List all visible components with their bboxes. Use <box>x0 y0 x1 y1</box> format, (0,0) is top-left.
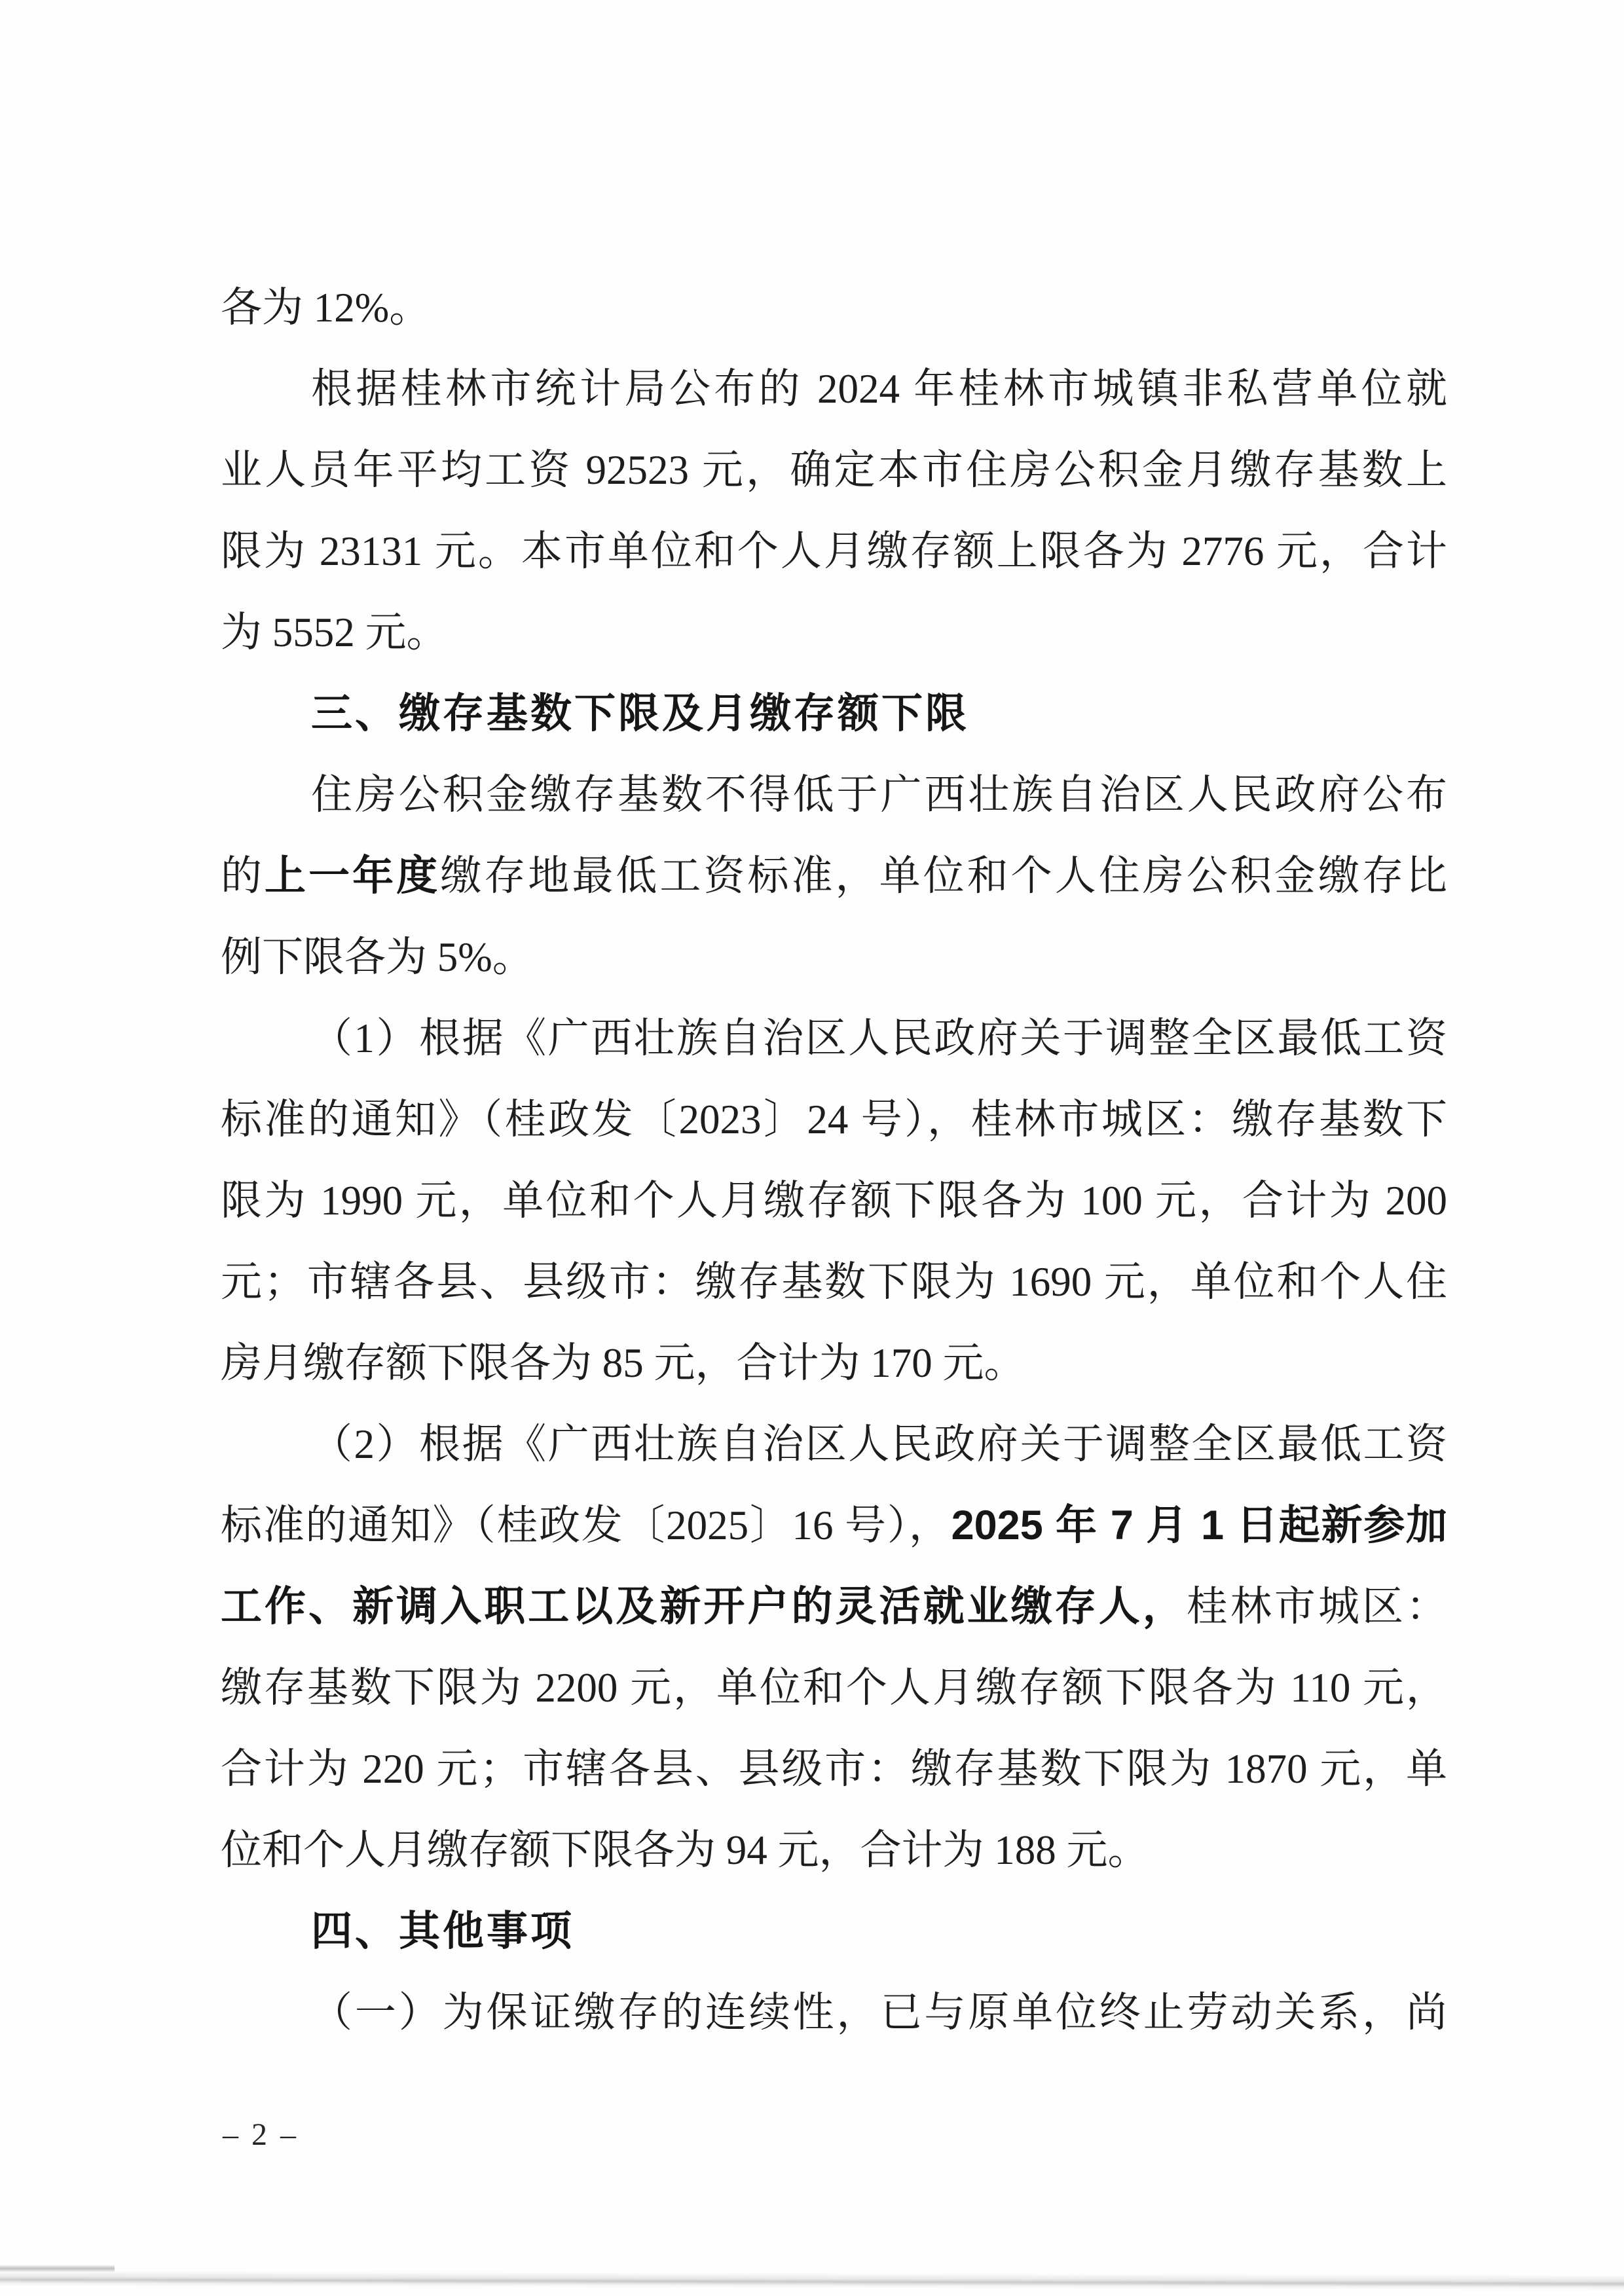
document-line: 合计为 220 元；市辖各县、县级市：缴存基数下限为 1870 元，单 <box>221 1728 1447 1810</box>
body-text: 元；市辖各县、县级市：缴存基数下限为 1690 元，单位和个人住 <box>221 1259 1447 1305</box>
body-text: （2）根据《广西壮族自治区人民政府关于调整全区最低工资 <box>311 1421 1447 1467</box>
body-text: 为 5552 元。 <box>221 610 448 655</box>
emphasis-text: 上一年度 <box>265 853 440 899</box>
section-heading: 四、其他事项 <box>221 1891 1447 1972</box>
emphasis-text: 四、其他事项 <box>311 1908 574 1954</box>
body-text: 缴存基数下限为 2200 元，单位和个人月缴存额下限各为 110 元， <box>221 1665 1447 1711</box>
scan-edge-artifact <box>0 2270 1624 2291</box>
body-text: 根据桂林市统计局公布的 2024 年桂林市城镇非私营单位就 <box>311 366 1447 412</box>
document-line: 标准的通知》（桂政发〔2025〕16 号），2025 年 7 月 1 日起新参加 <box>221 1485 1447 1566</box>
document-line: 各为 12%。 <box>221 267 1447 348</box>
document-line: 限为 1990 元，单位和个人月缴存额下限各为 100 元，合计为 200 <box>221 1160 1447 1241</box>
body-text: （1）根据《广西壮族自治区人民政府关于调整全区最低工资 <box>311 1015 1447 1061</box>
document-line: 工作、新调入职工以及新开户的灵活就业缴存人，桂林市城区： <box>221 1566 1447 1647</box>
document-line: 例下限各为 5%。 <box>221 917 1447 998</box>
document-line: 标准的通知》（桂政发〔2023〕24 号），桂林市城区：缴存基数下 <box>221 1079 1447 1160</box>
emphasis-text: 2025 年 7 月 1 日起新参加 <box>951 1503 1447 1548</box>
document-line: 根据桂林市统计局公布的 2024 年桂林市城镇非私营单位就 <box>221 348 1447 429</box>
document-page: 各为 12%。根据桂林市统计局公布的 2024 年桂林市城镇非私营单位就业人员年… <box>0 0 1624 2296</box>
body-text: 业人员年平均工资 92523 元，确定本市住房公积金月缴存基数上 <box>221 447 1447 493</box>
body-text: （一）为保证缴存的连续性，已与原单位终止劳动关系，尚 <box>311 1990 1447 2035</box>
body-text: 的 <box>221 853 265 899</box>
body-text: 标准的通知》（桂政发〔2023〕24 号），桂林市城区：缴存基数下 <box>221 1097 1447 1142</box>
document-line: 业人员年平均工资 92523 元，确定本市住房公积金月缴存基数上 <box>221 429 1447 511</box>
body-text: 标准的通知》（桂政发〔2025〕16 号）， <box>221 1503 951 1548</box>
document-line: 限为 23131 元。本市单位和个人月缴存额上限各为 2776 元，合计 <box>221 511 1447 592</box>
page-number: – 2 – <box>223 2112 299 2158</box>
document-line: 住房公积金缴存基数不得低于广西壮族自治区人民政府公布 <box>221 754 1447 835</box>
document-line: 位和个人月缴存额下限各为 94 元，合计为 188 元。 <box>221 1810 1447 1891</box>
scan-edge-artifact-left <box>0 2265 115 2272</box>
body-text: 缴存地最低工资标准，单位和个人住房公积金缴存比 <box>440 853 1447 899</box>
emphasis-text: 工作、新调入职工以及新开户的灵活就业缴存人， <box>221 1584 1187 1630</box>
document-body: 各为 12%。根据桂林市统计局公布的 2024 年桂林市城镇非私营单位就业人员年… <box>221 267 1447 2053</box>
body-text: 位和个人月缴存额下限各为 94 元，合计为 188 元。 <box>221 1827 1149 1873</box>
body-text: 住房公积金缴存基数不得低于广西壮族自治区人民政府公布 <box>311 772 1447 818</box>
document-line: （2）根据《广西壮族自治区人民政府关于调整全区最低工资 <box>221 1404 1447 1485</box>
document-line: 的上一年度缴存地最低工资标准，单位和个人住房公积金缴存比 <box>221 835 1447 917</box>
body-text: 限为 23131 元。本市单位和个人月缴存额上限各为 2776 元，合计 <box>221 528 1447 574</box>
document-line: 缴存基数下限为 2200 元，单位和个人月缴存额下限各为 110 元， <box>221 1647 1447 1728</box>
document-line: （1）根据《广西壮族自治区人民政府关于调整全区最低工资 <box>221 998 1447 1079</box>
document-line: 为 5552 元。 <box>221 592 1447 673</box>
document-line: 元；市辖各县、县级市：缴存基数下限为 1690 元，单位和个人住 <box>221 1241 1447 1322</box>
body-text: 例下限各为 5%。 <box>221 934 534 980</box>
document-line: （一）为保证缴存的连续性，已与原单位终止劳动关系，尚 <box>221 1972 1447 2053</box>
body-text: 合计为 220 元；市辖各县、县级市：缴存基数下限为 1870 元，单 <box>221 1746 1447 1792</box>
body-text: 各为 12%。 <box>221 285 430 331</box>
body-text: 房月缴存额下限各为 85 元，合计为 170 元。 <box>221 1340 1025 1386</box>
body-text: 桂林市城区： <box>1187 1584 1447 1630</box>
emphasis-text: 三、缴存基数下限及月缴存额下限 <box>311 691 969 737</box>
section-heading: 三、缴存基数下限及月缴存额下限 <box>221 673 1447 754</box>
body-text: 限为 1990 元，单位和个人月缴存额下限各为 100 元，合计为 200 <box>221 1178 1447 1224</box>
document-line: 房月缴存额下限各为 85 元，合计为 170 元。 <box>221 1322 1447 1404</box>
